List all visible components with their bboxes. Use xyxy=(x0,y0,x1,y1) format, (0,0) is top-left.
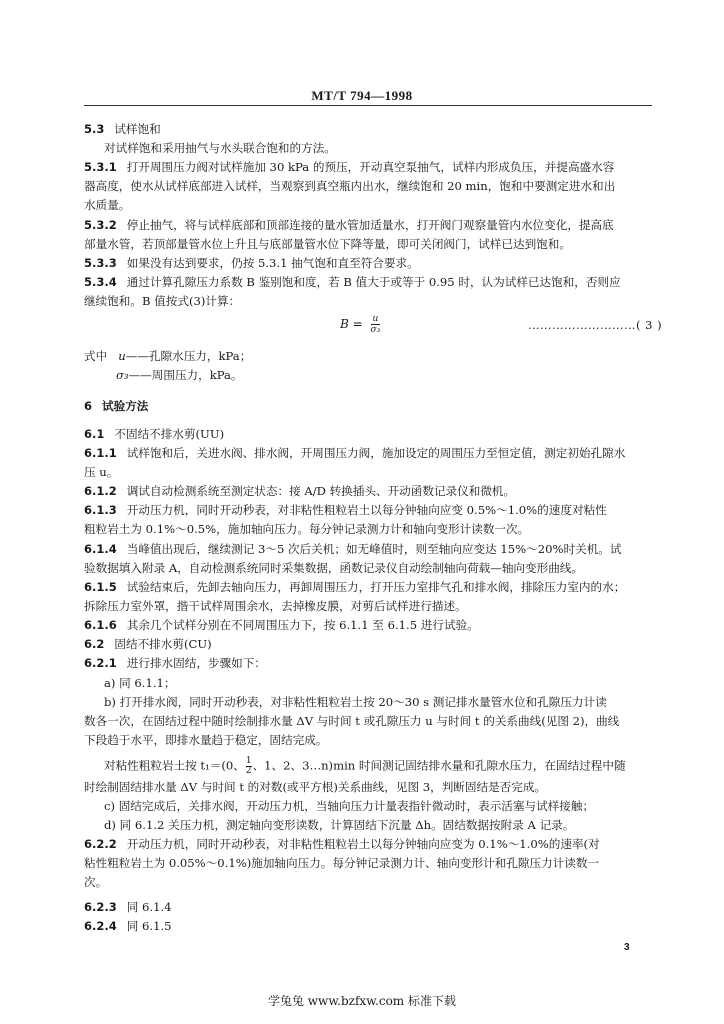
clause-6-1-6: 6.1.6其余几个试样分别在不同周围压力下，按 6.1.1 至 6.1.5 进行… xyxy=(84,617,656,633)
fraction: u σ₃ xyxy=(371,314,381,335)
clause-6-1-3-line2: 粗粒岩土为 0.1%～0.5%，施加轴向压力。每分钟记录测力计和轴向变形计读数一… xyxy=(84,521,656,537)
clause-6-1-4: 6.1.4当峰值出现后，继续测记 3～5 次后关机；如无峰值时，则至轴向应变达 … xyxy=(84,541,656,557)
where-u: 式中 u——孔隙水压力，kPa； xyxy=(84,348,656,364)
where-sigma3: σ₃——周围压力，kPa。 xyxy=(116,367,688,383)
clause-6-1-1: 6.1.1试样饱和后，关进水阀、排水阀，开周围压力阀，施加设定的周围压力至恒定值… xyxy=(84,445,656,461)
step-c: c) 固结完成后，关排水阀，开动压力机，当轴向压力计量表指针微动时，表示活塞与试… xyxy=(104,798,676,814)
formula-3: B = u σ₃ xyxy=(340,314,380,335)
section-5-3-heading: 5.3试样饱和 xyxy=(84,121,656,137)
cohesive-paragraph-line2: 时绘制固结排水量 ΔV 与时间 t 的对数(或平方根)关系曲线，见图 3，判断固… xyxy=(84,779,656,795)
clause-6-2-1: 6.2.1进行排水固结，步骤如下： xyxy=(84,655,656,671)
clause-5-3-2-line2: 部量水管，若顶部量管水位上升且与底部量管水位下降等量，即可关闭阀门，试样已达到饱… xyxy=(84,236,656,252)
clause-6-1-1-line2: 压 u。 xyxy=(84,464,656,480)
clause-6-2-2-line3: 次。 xyxy=(84,874,656,890)
step-b: b) 打开排水阀，同时开动秒表，对非粘性粗粒岩土按 20～30 s 测记排水量管… xyxy=(104,694,676,710)
clause-6-1-3: 6.1.3开动压力机，同时开动秒表，对非粘性粗粒岩土以每分钟轴向应变 0.5%～… xyxy=(84,502,656,518)
step-d: d) 同 6.1.2 关压力机，测定轴向变形读数，计算固结下沉量 Δh。固结数据… xyxy=(104,817,676,833)
clause-6-2-4: 6.2.4同 6.1.5 xyxy=(84,918,656,934)
standard-number-header: MT/T 794—1998 xyxy=(0,88,724,104)
section-6-heading: 6试验方法 xyxy=(84,398,656,414)
section-6-1-heading: 6.1不固结不排水剪(UU) xyxy=(84,426,656,442)
clause-5-3-3: 5.3.3如果没有达到要求，仍按 5.3.1 抽气饱和直至符合要求。 xyxy=(84,255,656,271)
clause-5-3-2: 5.3.2停止抽气，将与试样底部和顶部连接的量水管加适量水，打开阀门观察量管内水… xyxy=(84,217,656,233)
clause-6-2-2: 6.2.2开动压力机，同时开动秒表，对非粘性粗粒岩土以每分钟轴向应变为 0.1%… xyxy=(84,836,656,852)
half-fraction: 12 xyxy=(246,757,252,776)
watermark-footer: 学兔兔 www.bzfxw.com 标准下载 xyxy=(0,992,724,1009)
section-6-2-heading: 6.2固结不排水剪(CU) xyxy=(84,636,656,652)
clause-5-3-4-line2: 继续饱和。B 值按式(3)计算： xyxy=(84,293,656,309)
clause-6-1-4-line2: 验数据填入附录 A，自动检测系统同时采集数据，函数记录仪自动绘制轴向荷载—轴向变… xyxy=(84,560,656,576)
clause-5-3-1: 5.3.1打开周围压力阀对试样施加 30 kPa 的预压，开动真空泵抽气，试样内… xyxy=(84,159,656,175)
clause-6-1-2: 6.1.2调试自动检测系统至测定状态：接 A/D 转换插头、开动函数记录仪和微机… xyxy=(84,483,656,499)
page-number: 3 xyxy=(624,942,630,953)
equation-number: ………………………( 3 ) xyxy=(528,318,662,332)
step-b-line3: 下段趋于水平，即排水量趋于稳定，固结完成。 xyxy=(84,732,656,748)
header-rule xyxy=(84,105,652,106)
clause-5-3-1-line2: 器高度，使水从试样底部进入试样，当观察到真空瓶内出水，继续饱和 20 min，饱… xyxy=(84,178,656,194)
step-b-line2: 数各一次，在固结过程中随时绘制排水量 ΔV 与时间 t 或孔隙压力 u 与时间 … xyxy=(84,713,656,729)
clause-5-3-1-line3: 水质量。 xyxy=(84,197,656,213)
cohesive-paragraph: 对粘性粗粒岩土按 t₁＝(0、12、1、2、3…n)min 时间测记固结排水量和… xyxy=(104,757,676,776)
clause-6-1-5-line2: 拆除压力室外罩，揩干试样周围余水，去掉橡皮膜，对剪后试样进行描述。 xyxy=(84,598,656,614)
step-a: a) 同 6.1.1； xyxy=(104,675,676,691)
clause-6-1-5: 6.1.5试验结束后，先卸去轴向压力，再卸周围压力，打开压力室排气孔和排水阀，排… xyxy=(84,579,656,595)
clause-6-2-2-line2: 粘性粗粒岩土为 0.05%～0.1%)施加轴向压力。每分钟记录测力计、轴向变形计… xyxy=(84,855,656,871)
clause-5-3-4: 5.3.4通过计算孔隙压力系数 B 鉴别饱和度，若 B 值大于或等于 0.95 … xyxy=(84,274,656,290)
section-5-3-intro: 对试样饱和采用抽气与水头联合饱和的方法。 xyxy=(104,140,676,156)
document-page: MT/T 794—1998 5.3试样饱和 对试样饱和采用抽气与水头联合饱和的方… xyxy=(0,0,724,1024)
clause-6-2-3: 6.2.3同 6.1.4 xyxy=(84,899,656,915)
